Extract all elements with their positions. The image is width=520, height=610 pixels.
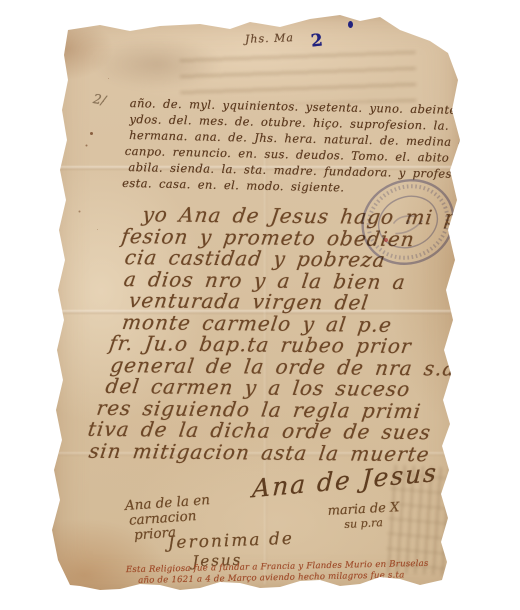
archivist-number: 2 [310,30,324,51]
signature-subprioress: maria de X su p.ra [327,501,400,533]
stain-smudge [92,38,222,90]
signature-line: su p.ra [344,515,400,532]
jhs-maria-monogram: Jhs. Ma [245,31,294,46]
foxing-specks [90,132,93,135]
red-ink-speck [384,238,388,242]
photo-background: Jhs. Ma 2 2/ año. de. myl. yquinientos. … [0,0,520,610]
folio-mark: 2/ [92,92,107,109]
manuscript-page: Jhs. Ma 2 2/ año. de. myl. yquinientos. … [52,14,460,592]
blue-ink-dot [348,21,353,28]
